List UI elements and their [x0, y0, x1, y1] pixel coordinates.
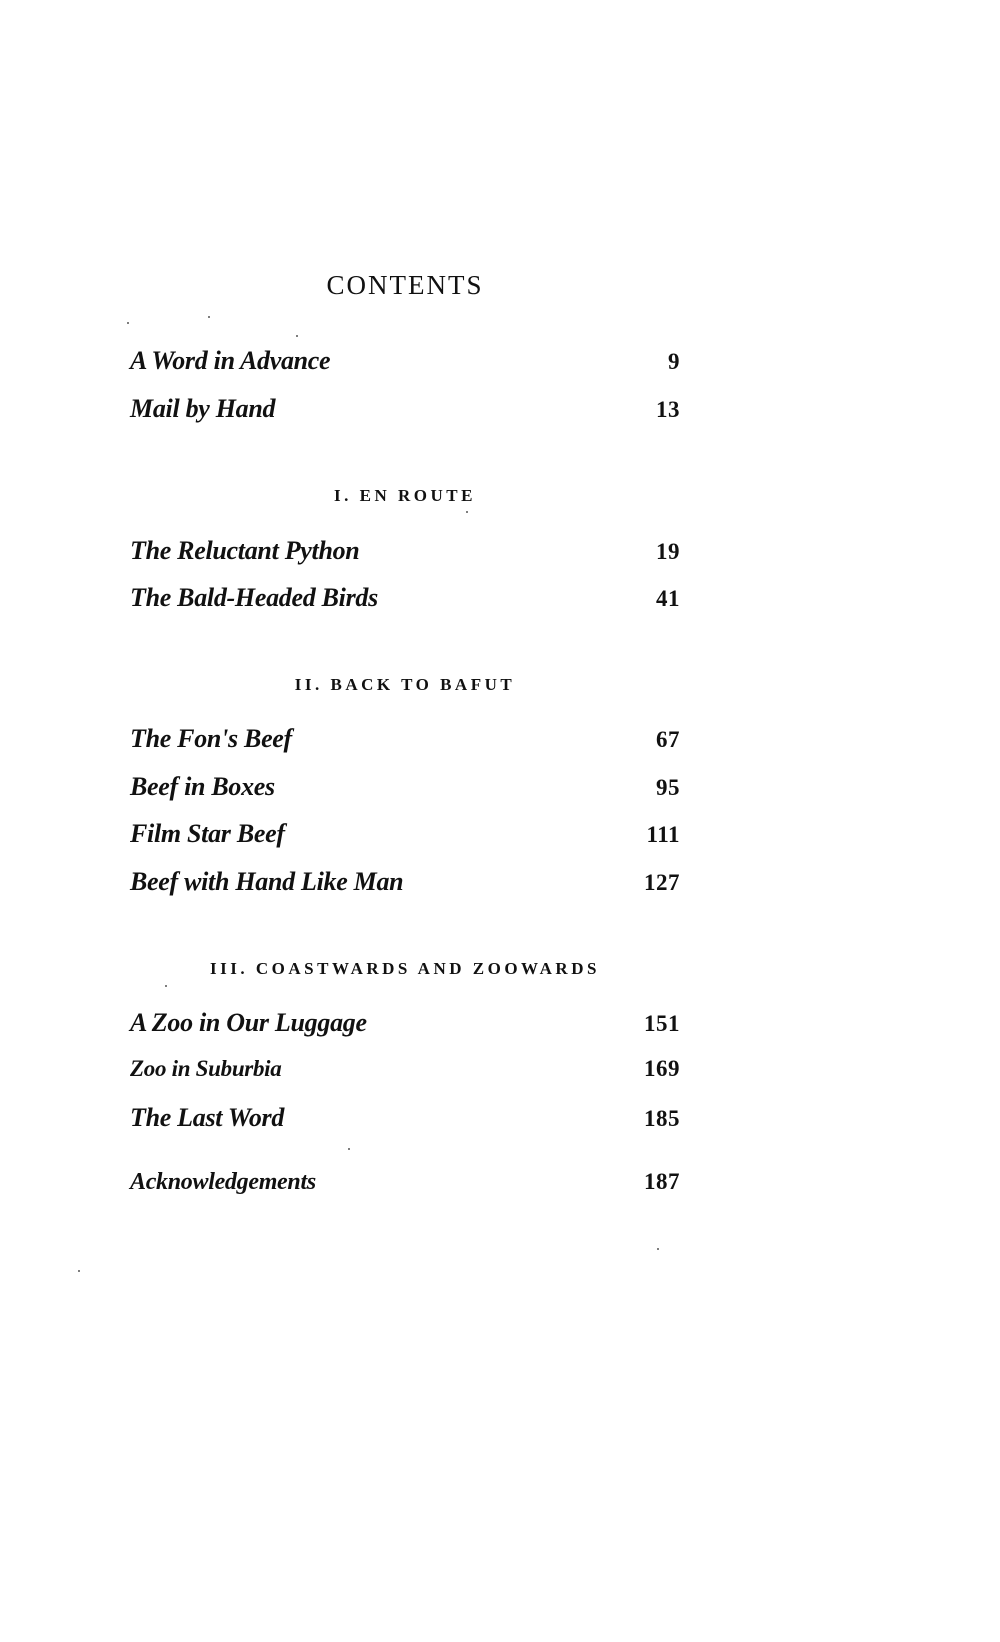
toc-entry-label: Film Star Beef: [130, 819, 285, 849]
toc-entry-page: 111: [647, 822, 680, 848]
toc-entry[interactable]: A Word in Advance 9: [130, 346, 680, 382]
toc-entry-page: 13: [656, 397, 680, 423]
toc-entry-page: 127: [644, 870, 680, 896]
scan-speck: [78, 1270, 80, 1272]
toc-entry[interactable]: Acknowledgements 187: [130, 1169, 680, 1205]
scan-speck: [165, 985, 167, 987]
toc-entry-label: The Bald-Headed Birds: [130, 583, 378, 613]
page-title: CONTENTS: [0, 270, 810, 301]
toc-entry-label: Acknowledgements: [130, 1169, 316, 1196]
toc-entry-page: 185: [644, 1106, 680, 1132]
scan-speck: [296, 335, 298, 337]
part-heading: I. EN ROUTE: [0, 486, 810, 506]
toc-entry[interactable]: Beef with Hand Like Man 127: [130, 867, 680, 903]
scan-speck: [348, 1148, 350, 1150]
toc-entry-page: 19: [656, 539, 680, 565]
toc-entry-page: 187: [644, 1169, 680, 1195]
scan-speck: [466, 511, 468, 513]
toc-entry[interactable]: The Reluctant Python 19: [130, 536, 680, 572]
toc-entry-label: Mail by Hand: [130, 394, 275, 424]
toc-entry[interactable]: A Zoo in Our Luggage 151: [130, 1008, 680, 1044]
toc-entry-page: 169: [644, 1056, 680, 1082]
part-heading: II. BACK TO BAFUT: [0, 675, 810, 695]
scan-speck: [208, 316, 210, 318]
toc-entry-page: 67: [656, 727, 680, 753]
toc-entry-label: Beef with Hand Like Man: [130, 867, 403, 897]
toc-entry-label: Beef in Boxes: [130, 772, 275, 802]
toc-entry-label: The Reluctant Python: [130, 536, 359, 566]
toc-entry[interactable]: Beef in Boxes 95: [130, 772, 680, 808]
toc-entry-label: The Last Word: [130, 1103, 284, 1133]
part-heading: III. COASTWARDS AND ZOOWARDS: [0, 959, 810, 979]
toc-entry-label: A Word in Advance: [130, 346, 330, 376]
toc-entry-page: 41: [656, 586, 680, 612]
toc-entry-page: 9: [668, 349, 680, 375]
toc-entry[interactable]: Zoo in Suburbia 169: [130, 1056, 680, 1092]
toc-entry[interactable]: The Bald-Headed Birds 41: [130, 583, 680, 619]
book-page: CONTENTS A Word in Advance 9 Mail by Han…: [0, 0, 1000, 1642]
toc-entry[interactable]: The Last Word 185: [130, 1103, 680, 1139]
toc-entry[interactable]: Film Star Beef 111: [130, 819, 680, 855]
toc-entry-label: Zoo in Suburbia: [130, 1056, 281, 1082]
scan-speck: [657, 1248, 659, 1250]
scan-speck: [127, 322, 129, 324]
toc-entry-page: 95: [656, 775, 680, 801]
toc-entry-label: The Fon's Beef: [130, 724, 292, 754]
toc-entry[interactable]: The Fon's Beef 67: [130, 724, 680, 760]
toc-entry-label: A Zoo in Our Luggage: [130, 1008, 367, 1038]
toc-entry[interactable]: Mail by Hand 13: [130, 394, 680, 430]
toc-entry-page: 151: [644, 1011, 680, 1037]
